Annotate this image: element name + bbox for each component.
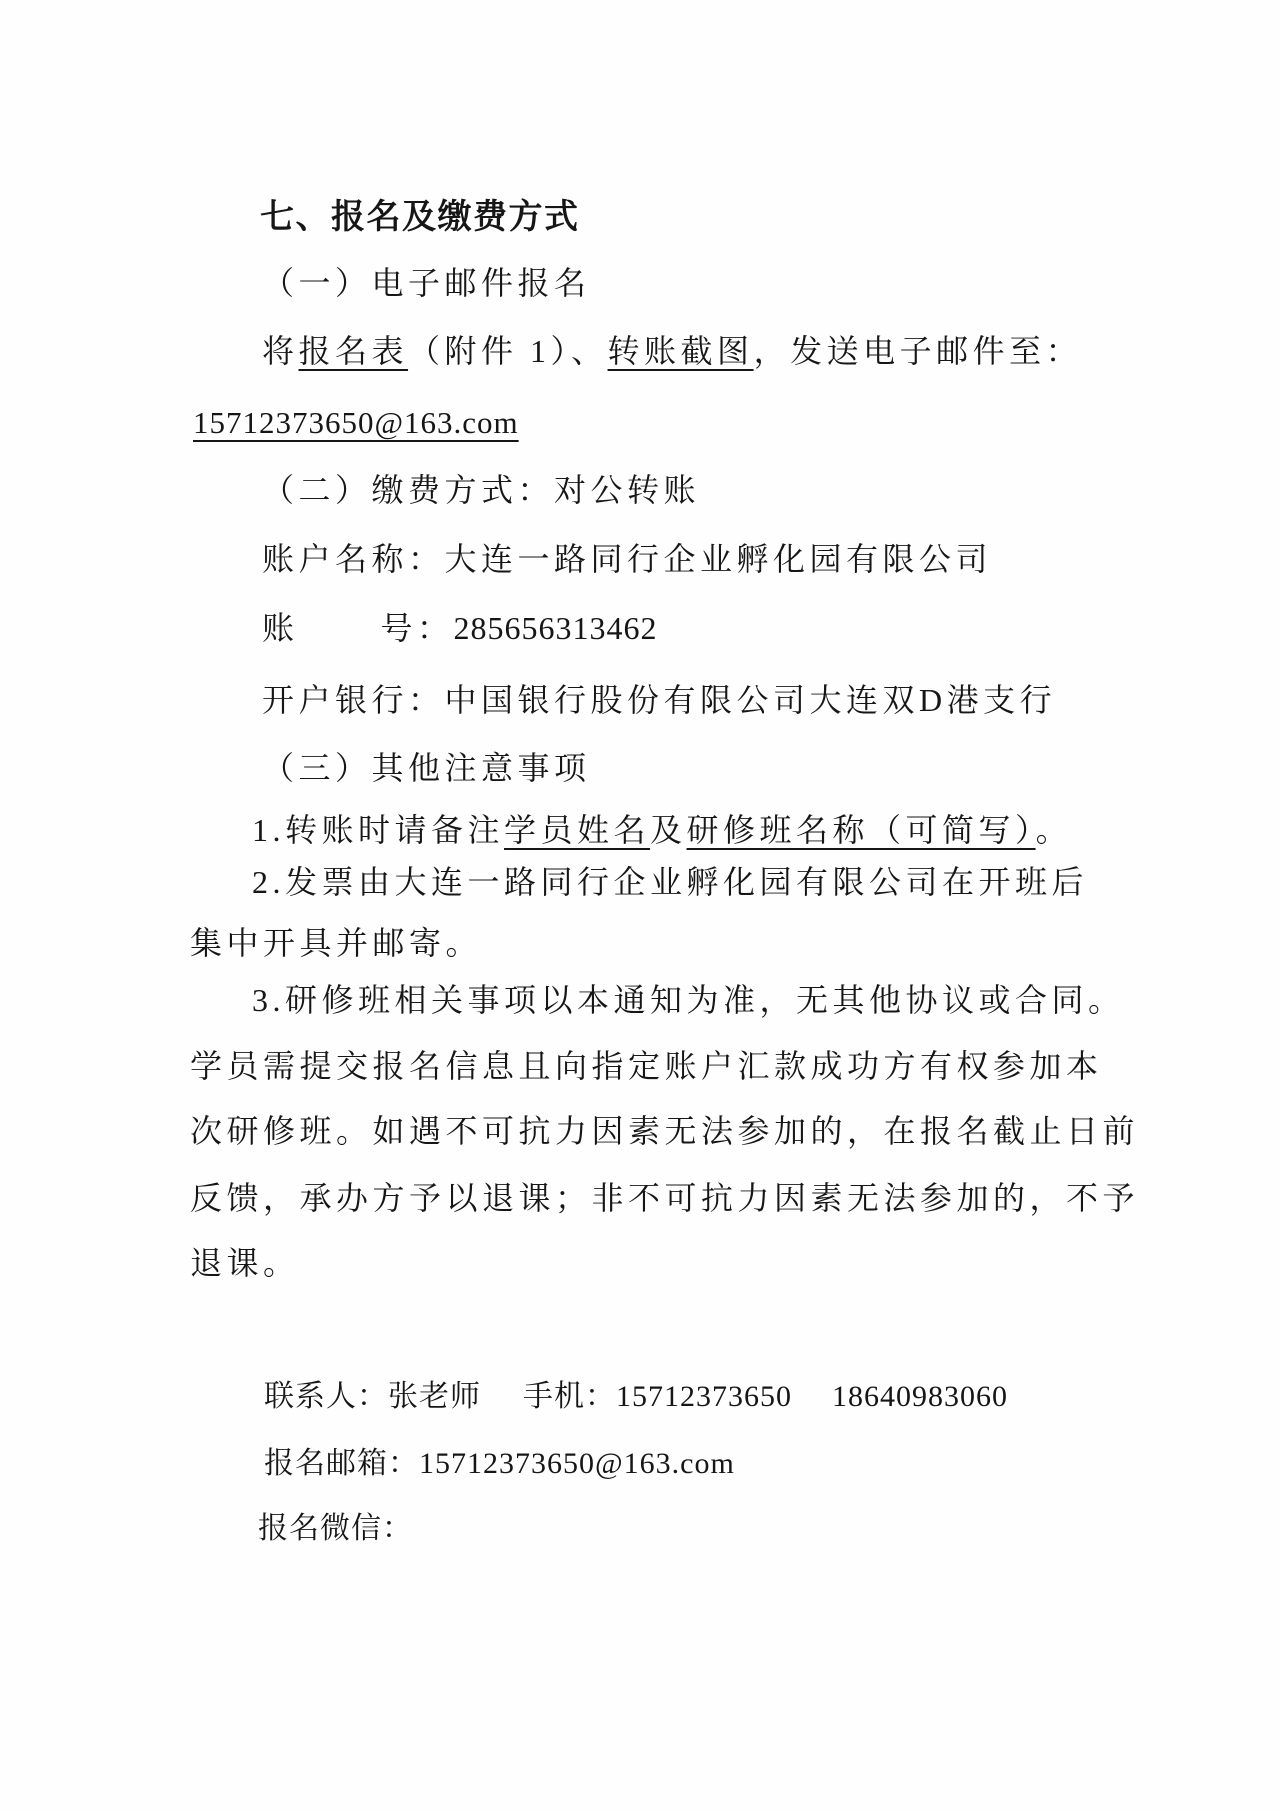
contact-email-value: 15712373650@163.com <box>419 1447 735 1480</box>
document-page: 七、报名及缴费方式 （一）电子邮件报名 将报名表（附件 1）、转账截图，发送电子… <box>0 0 1280 1810</box>
underlined-course-name: 研修班名称（可简写） <box>687 812 1036 848</box>
note-3-line-3: 次研修班。如遇不可抗力因素无法参加的，在报名截止日前 <box>190 1113 1139 1150</box>
account-name-label: 账户名称： <box>262 541 445 577</box>
contact-person-label: 联系人： <box>264 1380 388 1413</box>
sentence-tail: ，发送电子邮件至： <box>754 333 1083 369</box>
note-3-line-5: 退课。 <box>190 1245 300 1282</box>
contact-person-value: 张老师 <box>388 1380 481 1413</box>
sentence-pre: 将 <box>262 333 299 369</box>
contact-email-line: 报名邮箱：15712373650@163.com <box>264 1447 735 1482</box>
underlined-transfer-screenshot: 转账截图 <box>608 333 754 369</box>
note-2-line-1: 2.发票由大连一路同行企业孵化园有限公司在开班后 <box>252 864 1088 901</box>
sentence-mid: （附件 1）、 <box>408 333 608 369</box>
underlined-student-name: 学员姓名 <box>504 812 650 848</box>
note-2-line-2: 集中开具并邮寄。 <box>190 925 482 962</box>
contact-wechat-label: 报名微信： <box>258 1512 413 1545</box>
account-number-value: 285656313462 <box>454 610 658 646</box>
contact-wechat-line: 报名微信： <box>258 1512 413 1547</box>
section-heading: 七、报名及缴费方式 <box>260 198 580 237</box>
account-name-value: 大连一路同行企业孵化园有限公司 <box>445 541 993 577</box>
phone-number-1: 15712373650 <box>616 1380 792 1413</box>
bank-value: 中国银行股份有限公司大连双D港支行 <box>445 682 1057 718</box>
phone-number-2: 18640983060 <box>832 1380 1008 1413</box>
bank-line: 开户银行：中国银行股份有限公司大连双D港支行 <box>262 682 1056 719</box>
subsection-title-other-notes: （三）其他注意事项 <box>262 750 591 787</box>
account-number-line: 账号：285656313462 <box>262 610 658 647</box>
account-number-label-part1: 账 <box>262 610 299 646</box>
bank-label: 开户银行： <box>262 682 445 718</box>
email-text: 15712373650@163.com <box>193 405 519 440</box>
note-3-line-4: 反馈，承办方予以退课；非不可抗力因素无法参加的，不予 <box>190 1180 1139 1217</box>
subsection-title-email-registration: （一）电子邮件报名 <box>262 265 591 302</box>
contact-email-label: 报名邮箱： <box>264 1447 419 1480</box>
note1-end: 。 <box>1036 812 1073 848</box>
email-registration-sentence: 将报名表（附件 1）、转账截图，发送电子邮件至： <box>262 333 1082 370</box>
phone-label: 手机： <box>523 1380 616 1413</box>
note-1-line: 1.转账时请备注学员姓名及研修班名称（可简写）。 <box>252 812 1072 849</box>
note-3-line-2: 学员需提交报名信息且向指定账户汇款成功方有权参加本 <box>190 1048 1103 1085</box>
account-number-label-part2: 号： <box>381 610 454 646</box>
note1-pre: 1.转账时请备注 <box>252 812 504 848</box>
note1-mid: 及 <box>650 812 687 848</box>
note-3-line-1: 3.研修班相关事项以本通知为准，无其他协议或合同。 <box>252 982 1125 1019</box>
registration-email-address: 15712373650@163.com <box>193 405 519 441</box>
account-name-line: 账户名称：大连一路同行企业孵化园有限公司 <box>262 541 992 578</box>
underlined-registration-form: 报名表 <box>299 333 409 369</box>
subsection-title-payment-method: （二）缴费方式：对公转账 <box>262 472 700 509</box>
contact-person-line: 联系人：张老师手机：1571237365018640983060 <box>264 1380 1008 1415</box>
